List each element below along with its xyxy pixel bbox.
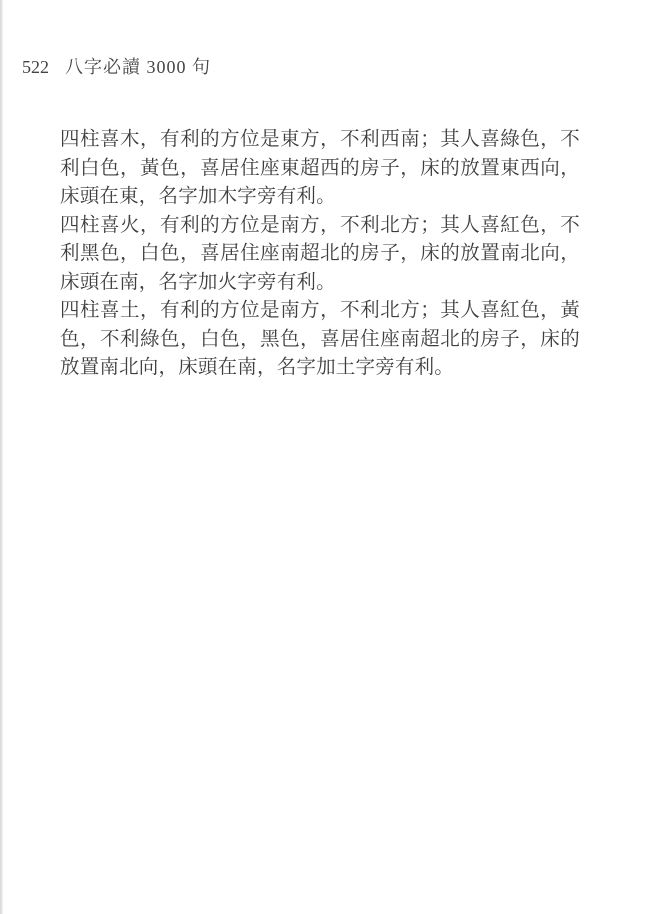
page-number: 522	[22, 57, 49, 78]
scan-edge-shadow	[0, 0, 3, 914]
book-title: 八字必讀 3000 句	[65, 53, 211, 79]
paragraph-fire: 四柱喜火，有利的方位是南方，不利北方；其人喜紅色，不利黑色，白色，喜居住座南超北…	[60, 211, 580, 297]
body-text: 四柱喜木，有利的方位是東方，不利西南；其人喜綠色，不利白色，黃色，喜居住座東超西…	[60, 125, 580, 382]
paragraph-wood: 四柱喜木，有利的方位是東方，不利西南；其人喜綠色，不利白色，黃色，喜居住座東超西…	[60, 125, 580, 211]
running-head: 522 八字必讀 3000 句	[22, 53, 211, 77]
paragraph-earth: 四柱喜土，有利的方位是南方，不利北方；其人喜紅色，黃色，不利綠色，白色，黑色，喜…	[60, 296, 580, 382]
